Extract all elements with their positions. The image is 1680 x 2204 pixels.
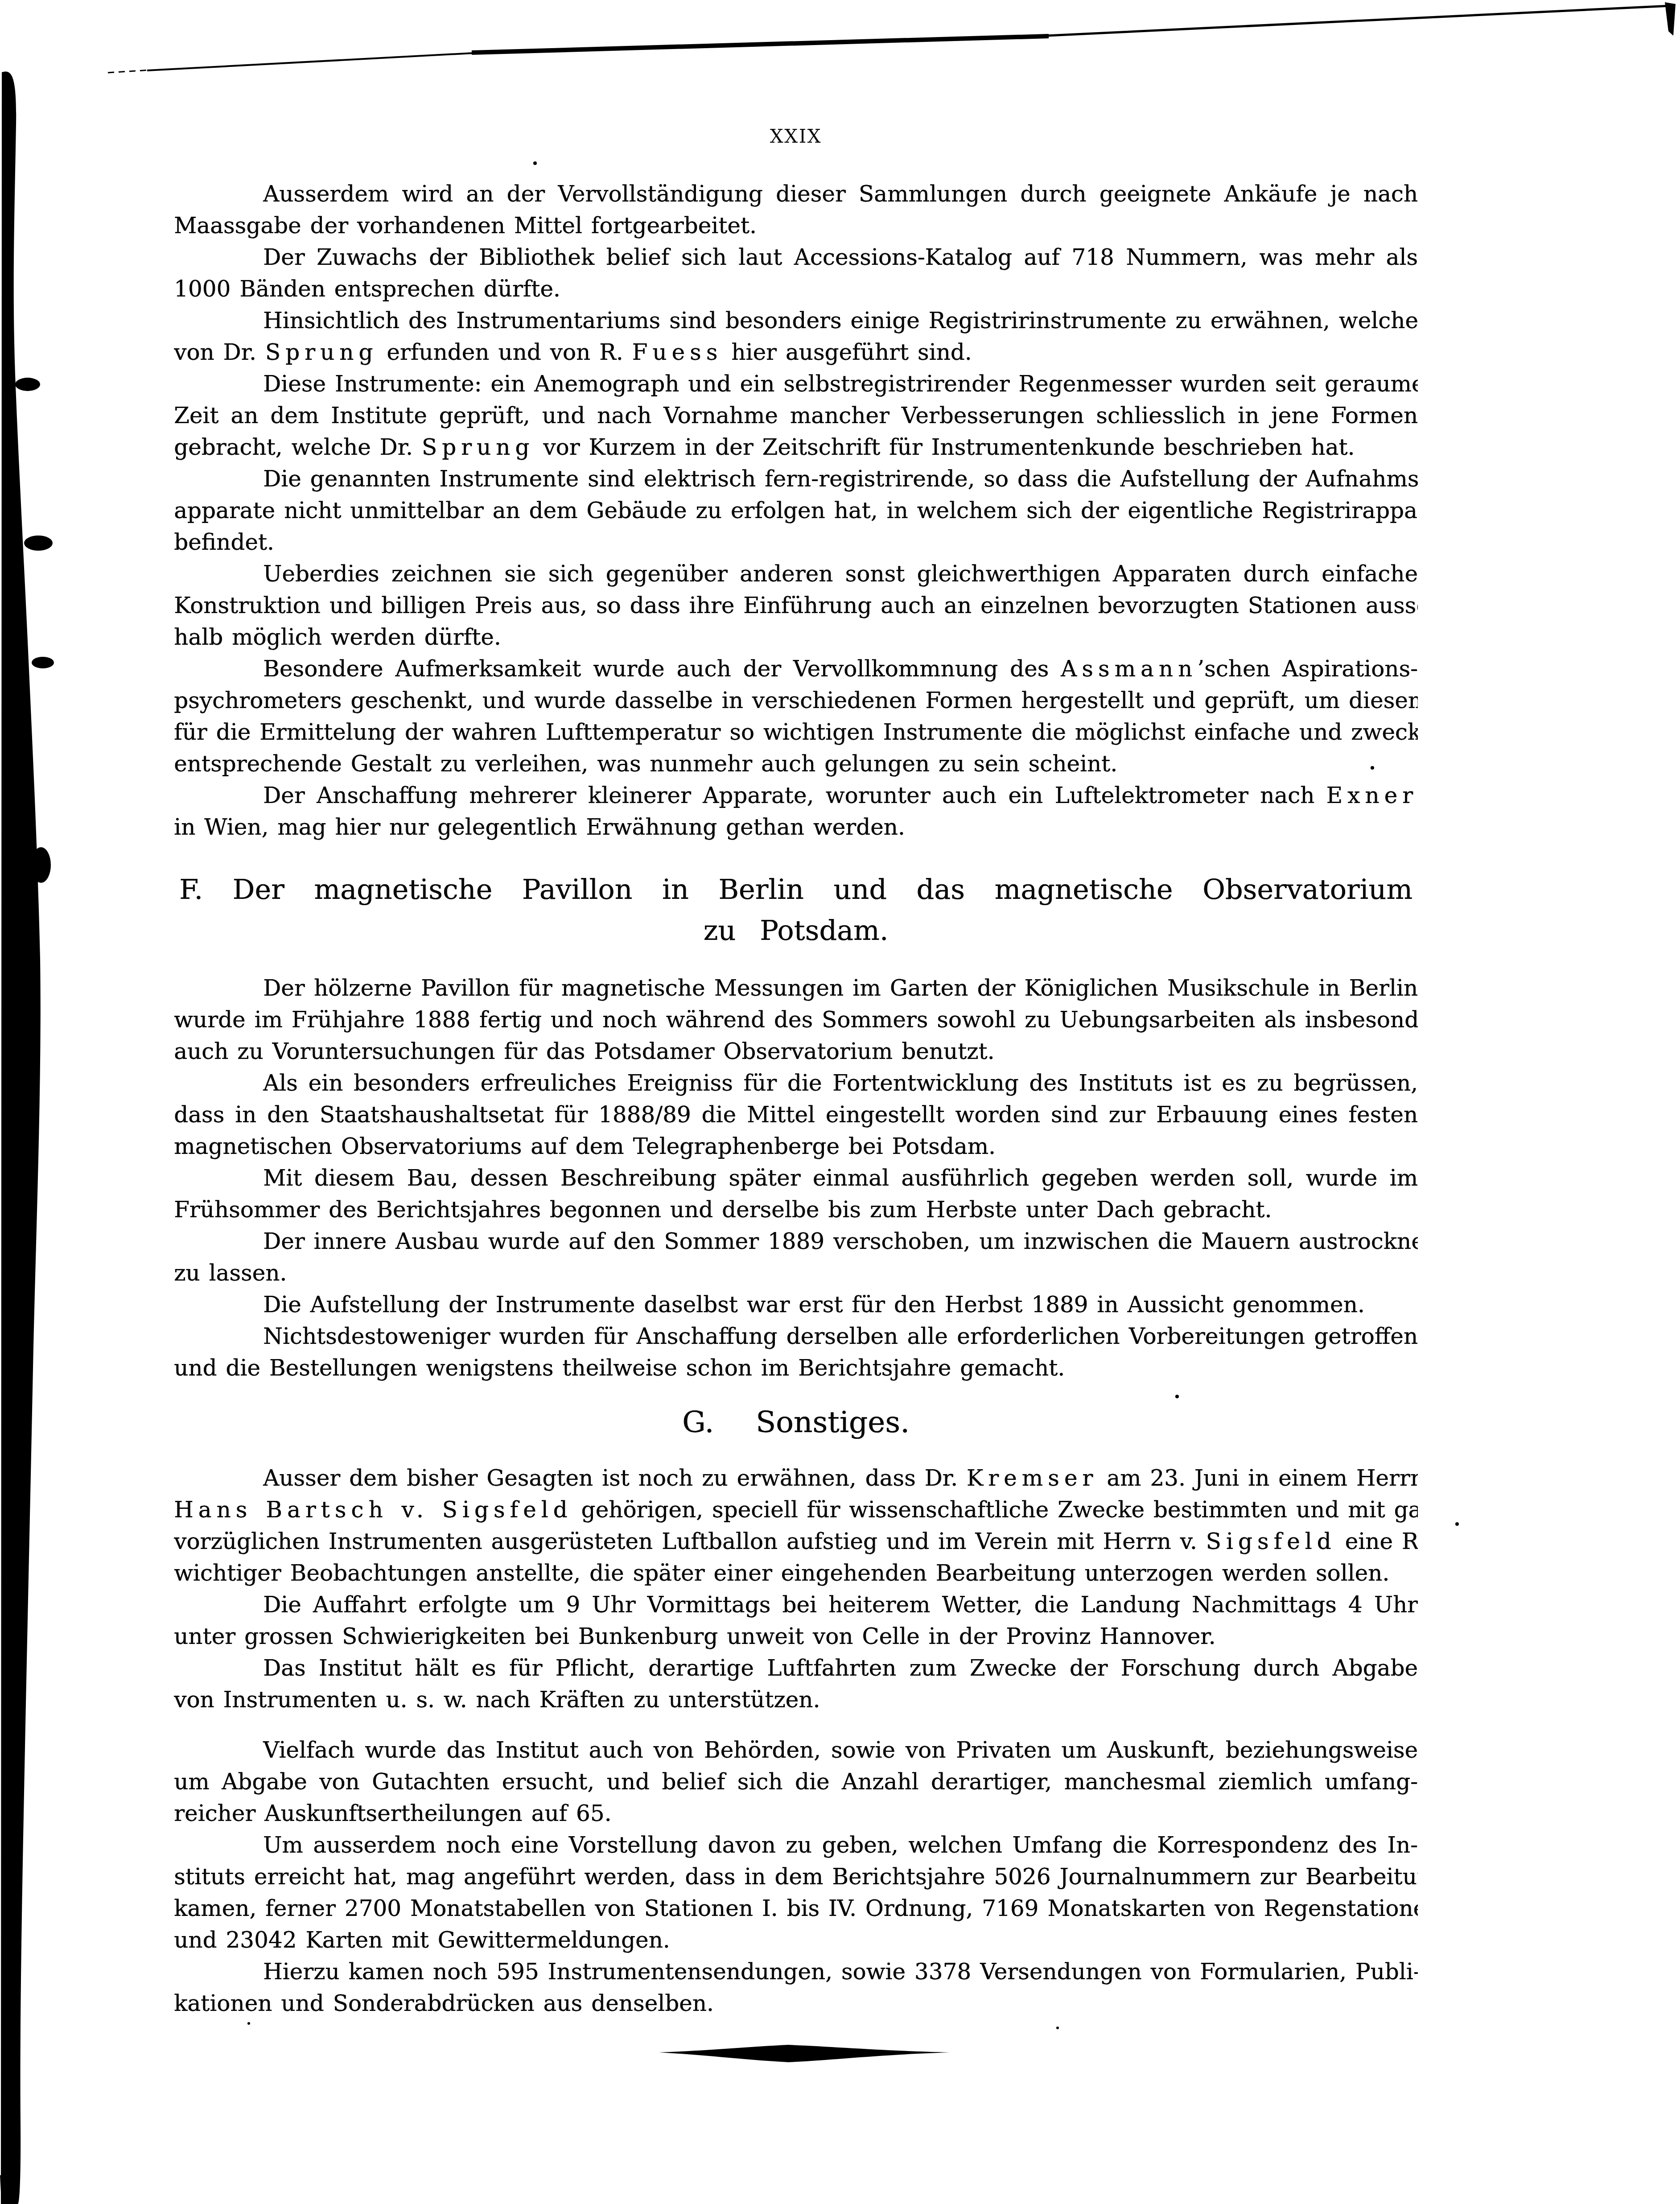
ink-speck (1455, 1522, 1459, 1526)
text-line: Maassgabe der vorhandenen Mittel fortgea… (174, 210, 1418, 242)
text-line: kamen, ferner 2700 Monatstabellen von St… (174, 1893, 1418, 1924)
text-line: wurde im Frühjahre 1888 fertig und noch … (174, 1004, 1418, 1036)
ink-blob (32, 657, 54, 668)
paragraph: Nichtsdestoweniger wurden für Anschaffun… (174, 1321, 1418, 1384)
paragraph: Als ein besonders erfreuliches Ereigniss… (174, 1067, 1418, 1162)
letterspaced-name: Exner (1326, 783, 1418, 808)
ink-blob (31, 847, 51, 883)
text-line: Die Aufstellung der Instrumente daselbst… (174, 1289, 1418, 1321)
text-block: Ausserdem wird an der Vervollständigung … (174, 178, 1418, 2019)
paragraph: Das Institut hält es für Pflicht, derart… (174, 1652, 1418, 1716)
text-line: reicher Auskunftsertheilungen auf 65. (174, 1798, 1418, 1829)
paragraph: Hierzu kamen noch 595 Instrumentensendun… (174, 1956, 1418, 2019)
paragraph: Der Zuwachs der Bibliothek belief sich l… (174, 242, 1418, 305)
text-line: Zeit an dem Institute geprüft, und nach … (174, 400, 1418, 432)
scan-line-artifact (147, 53, 474, 70)
text-line: wichtiger Beobachtungen anstellte, die s… (174, 1557, 1418, 1589)
text-line: psychrometers geschenkt, und wurde dasse… (174, 685, 1418, 717)
text-line: unter grossen Schwierigkeiten bei Bunken… (174, 1621, 1418, 1652)
paragraph: Vielfach wurde das Institut auch von Beh… (174, 1734, 1418, 1829)
ink-speck (533, 161, 537, 165)
text-line: von Dr. Sprung erfunden und von R. Fuess… (174, 337, 1418, 368)
text-line: auch zu Voruntersuchungen für das Potsda… (174, 1036, 1418, 1067)
paragraph: Mit diesem Bau, dessen Beschreibung spät… (174, 1162, 1418, 1226)
text-line: Der innere Ausbau wurde auf den Sommer 1… (174, 1226, 1418, 1257)
text-line: und 23042 Karten mit Gewittermeldungen. (174, 1924, 1418, 1956)
paragraph: Die Aufstellung der Instrumente daselbst… (174, 1289, 1418, 1321)
scan-line-artifact (108, 70, 150, 73)
paragraph: Der Anschaffung mehrerer kleinerer Appar… (174, 780, 1418, 843)
paragraph: Die Auffahrt erfolgte um 9 Uhr Vormittag… (174, 1589, 1418, 1652)
scan-line-artifact (1047, 6, 1670, 36)
text-line: Der Zuwachs der Bibliothek belief sich l… (174, 242, 1418, 273)
heading-line: zu Potsdam. (174, 910, 1418, 951)
text-line: Um ausserdem noch eine Vorstellung davon… (174, 1829, 1418, 1861)
text-line: 1000 Bänden entsprechen dürfte. (174, 273, 1418, 305)
text-line: gebracht, welche Dr. Sprung vor Kurzem i… (174, 432, 1418, 463)
text-line: von Instrumenten u. s. w. nach Kräften z… (174, 1684, 1418, 1716)
text-line: um Abgabe von Gutachten ersucht, und bel… (174, 1766, 1418, 1798)
text-line: und die Bestellungen wenigstens theilwei… (174, 1352, 1418, 1384)
letterspaced-name: Hans Bartsch v. Sigsfeld (174, 1497, 572, 1523)
text-line: Das Institut hält es für Pflicht, derart… (174, 1652, 1418, 1684)
paragraph: Besondere Aufmerksamkeit wurde auch der … (174, 653, 1418, 780)
text-line: magnetischen Observatoriums auf dem Tele… (174, 1131, 1418, 1162)
text-line: vorzüglichen Instrumenten ausgerüsteten … (174, 1526, 1418, 1557)
text-line: Hans Bartsch v. Sigsfeld gehörigen, spec… (174, 1494, 1418, 1526)
letterspaced-name: Sigsfeld (1206, 1528, 1336, 1554)
text-line: Der Anschaffung mehrerer kleinerer Appar… (174, 780, 1418, 812)
text-line: zu lassen. (174, 1257, 1418, 1289)
paragraph: Ausserdem wird an der Vervollständigung … (174, 178, 1418, 242)
text-line: Als ein besonders erfreuliches Ereigniss… (174, 1067, 1418, 1099)
letterspaced-name: Sprung (422, 434, 535, 460)
text-line: Ausser dem bisher Gesagten ist noch zu e… (174, 1462, 1418, 1494)
text-line: Nichtsdestoweniger wurden für Anschaffun… (174, 1321, 1418, 1352)
text-line: Hierzu kamen noch 595 Instrumentensendun… (174, 1956, 1418, 1988)
text-line: Diese Instrumente: ein Anemograph und ei… (174, 368, 1418, 400)
paragraph: Ueberdies zeichnen sie sich gegenüber an… (174, 558, 1418, 653)
paragraph: Ausser dem bisher Gesagten ist noch zu e… (174, 1462, 1418, 1589)
ink-blob (15, 378, 40, 391)
text-line: für die Ermittelung der wahren Lufttempe… (174, 717, 1418, 748)
text-line: apparate nicht unmittelbar an dem Gebäud… (174, 495, 1418, 527)
ink-blob (24, 536, 53, 551)
letterspaced-name: Kremser (967, 1465, 1098, 1491)
text-line: Ueberdies zeichnen sie sich gegenüber an… (174, 558, 1418, 590)
text-line: Ausserdem wird an der Vervollständigung … (174, 178, 1418, 210)
scan-line-artifact (472, 36, 1049, 53)
end-rule-ornament (659, 2045, 950, 2062)
text-line: Frühsommer des Berichtsjahres begonnen u… (174, 1194, 1418, 1226)
text-line: in Wien, mag hier nur gelegentlich Erwäh… (174, 812, 1418, 843)
letterspaced-name: Fuess (632, 339, 722, 365)
text-line: Hinsichtlich des Instrumentariums sind b… (174, 305, 1418, 337)
text-line: stituts erreicht hat, mag angeführt werd… (174, 1861, 1418, 1893)
text-line: entsprechende Gestalt zu verleihen, was … (174, 748, 1418, 780)
section-heading-f: F. Der magnetische Pavillon in Berlin un… (174, 869, 1418, 951)
text-line: Vielfach wurde das Institut auch von Beh… (174, 1734, 1418, 1766)
scanned-document-page: XXIX Ausserdem wird an der Vervollständi… (0, 0, 1680, 2204)
text-line: Die Auffahrt erfolgte um 9 Uhr Vormittag… (174, 1589, 1418, 1621)
heading-line: F. Der magnetische Pavillon in Berlin un… (174, 869, 1418, 910)
text-line: befindet. (174, 527, 1418, 558)
paragraph: Um ausserdem noch eine Vorstellung davon… (174, 1829, 1418, 1956)
text-line: dass in den Staatshaushaltsetat für 1888… (174, 1099, 1418, 1131)
paragraph: Der innere Ausbau wurde auf den Sommer 1… (174, 1226, 1418, 1289)
text-line: halb möglich werden dürfte. (174, 622, 1418, 653)
corner-ink-mark (1665, 2, 1676, 36)
text-line: Die genannten Instrumente sind elektrisc… (174, 463, 1418, 495)
corner-ink-mark (0, 2175, 12, 2194)
ink-speck (247, 2022, 250, 2025)
ink-speck (1056, 2027, 1059, 2029)
paragraph: Diese Instrumente: ein Anemograph und ei… (174, 368, 1418, 463)
paragraph: Hinsichtlich des Instrumentariums sind b… (174, 305, 1418, 368)
binding-ink-artifact (1, 71, 41, 2204)
text-line: Mit diesem Bau, dessen Beschreibung spät… (174, 1162, 1418, 1194)
letterspaced-name: Sprung (265, 339, 378, 365)
paragraph: Die genannten Instrumente sind elektrisc… (174, 463, 1418, 558)
text-line: Der hölzerne Pavillon für magnetische Me… (174, 972, 1418, 1004)
letterspaced-name: Assmann (1061, 656, 1197, 682)
section-heading-g: G. Sonstiges. (174, 1400, 1418, 1445)
paragraph: Der hölzerne Pavillon für magnetische Me… (174, 972, 1418, 1067)
text-line: Besondere Aufmerksamkeit wurde auch der … (174, 653, 1418, 685)
text-line: Konstruktion und billigen Preis aus, so … (174, 590, 1418, 622)
text-line: kationen und Sonderabdrücken aus denselb… (174, 1988, 1418, 2019)
page-number: XXIX (174, 124, 1418, 149)
